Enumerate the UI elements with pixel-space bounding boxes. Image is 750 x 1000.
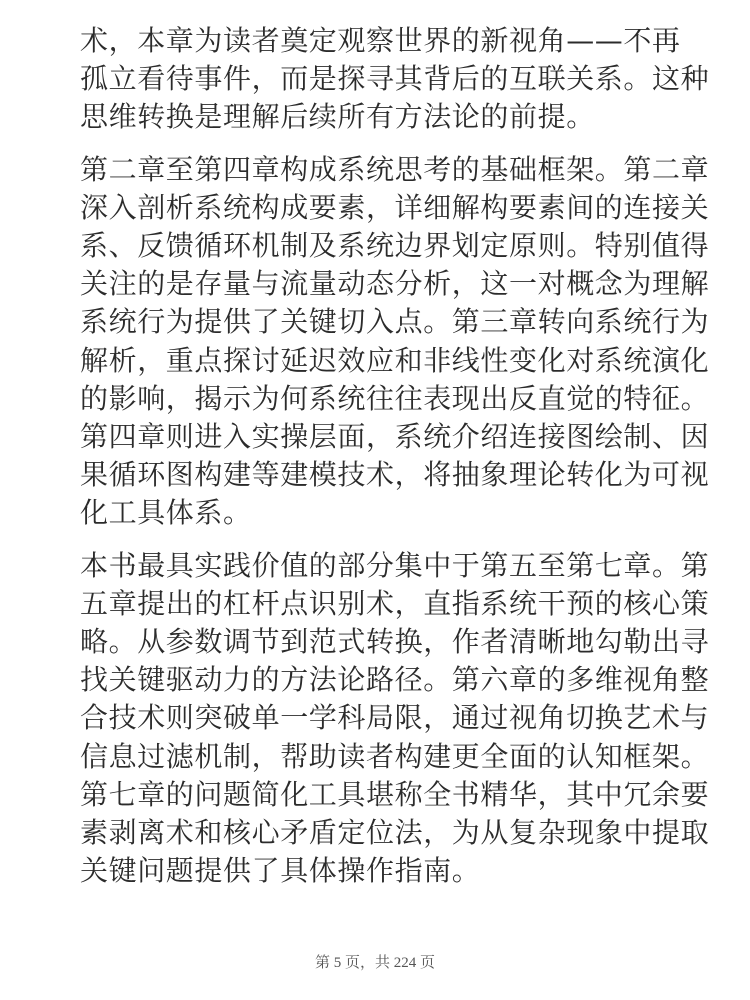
text-line: 的影响，揭示为何系统往往表现出反直觉的特征。 [80, 380, 680, 418]
text-line: 素剥离术和核心矛盾定位法，为从复杂现象中提取 [80, 814, 680, 852]
text-line: 化工具体系。 [80, 494, 680, 532]
paragraph-2: 第二章至第四章构成系统思考的基础框架。第二章 深入剖析系统构成要素，详细解构要素… [80, 151, 680, 533]
text-line: 略。从参数调节到范式转换，作者清晰地勾勒出寻 [80, 623, 680, 661]
text-line: 关键问题提供了具体操作指南。 [80, 852, 680, 890]
text-line: 第七章的问题简化工具堪称全书精华，其中冗余要 [80, 776, 680, 814]
text-line: 孤立看待事件，而是探寻其背后的互联关系。这种 [80, 60, 680, 98]
text-line: 系统行为提供了关键切入点。第三章转向系统行为 [80, 303, 680, 341]
text-line: 解析，重点探讨延迟效应和非线性变化对系统演化 [80, 342, 680, 380]
text-line: 术，本章为读者奠定观察世界的新视角——不再 [80, 22, 680, 60]
text-line: 第四章则进入实操层面，系统介绍连接图绘制、因 [80, 418, 680, 456]
text-line: 系、反馈循环机制及系统边界划定原则。特别值得 [80, 227, 680, 265]
paragraph-1: 术，本章为读者奠定观察世界的新视角——不再 孤立看待事件，而是探寻其背后的互联关… [80, 22, 680, 137]
text-line: 深入剖析系统构成要素，详细解构要素间的连接关 [80, 189, 680, 227]
text-line: 第二章至第四章构成系统思考的基础框架。第二章 [80, 151, 680, 189]
text-line: 本书最具实践价值的部分集中于第五至第七章。第 [80, 547, 680, 585]
text-line: 五章提出的杠杆点识别术，直指系统干预的核心策 [80, 585, 680, 623]
paragraph-3: 本书最具实践价值的部分集中于第五至第七章。第 五章提出的杠杆点识别术，直指系统干… [80, 547, 680, 891]
text-line: 关注的是存量与流量动态分析，这一对概念为理解 [80, 265, 680, 303]
page-number-footer: 第 5 页，共 224 页 [0, 951, 750, 972]
document-page: 术，本章为读者奠定观察世界的新视角——不再 孤立看待事件，而是探寻其背后的互联关… [80, 22, 680, 904]
text-line: 果循环图构建等建模技术，将抽象理论转化为可视 [80, 456, 680, 494]
text-line: 找关键驱动力的方法论路径。第六章的多维视角整 [80, 661, 680, 699]
text-line: 合技术则突破单一学科局限，通过视角切换艺术与 [80, 699, 680, 737]
text-line: 思维转换是理解后续所有方法论的前提。 [80, 98, 680, 136]
text-line: 信息过滤机制，帮助读者构建更全面的认知框架。 [80, 738, 680, 776]
